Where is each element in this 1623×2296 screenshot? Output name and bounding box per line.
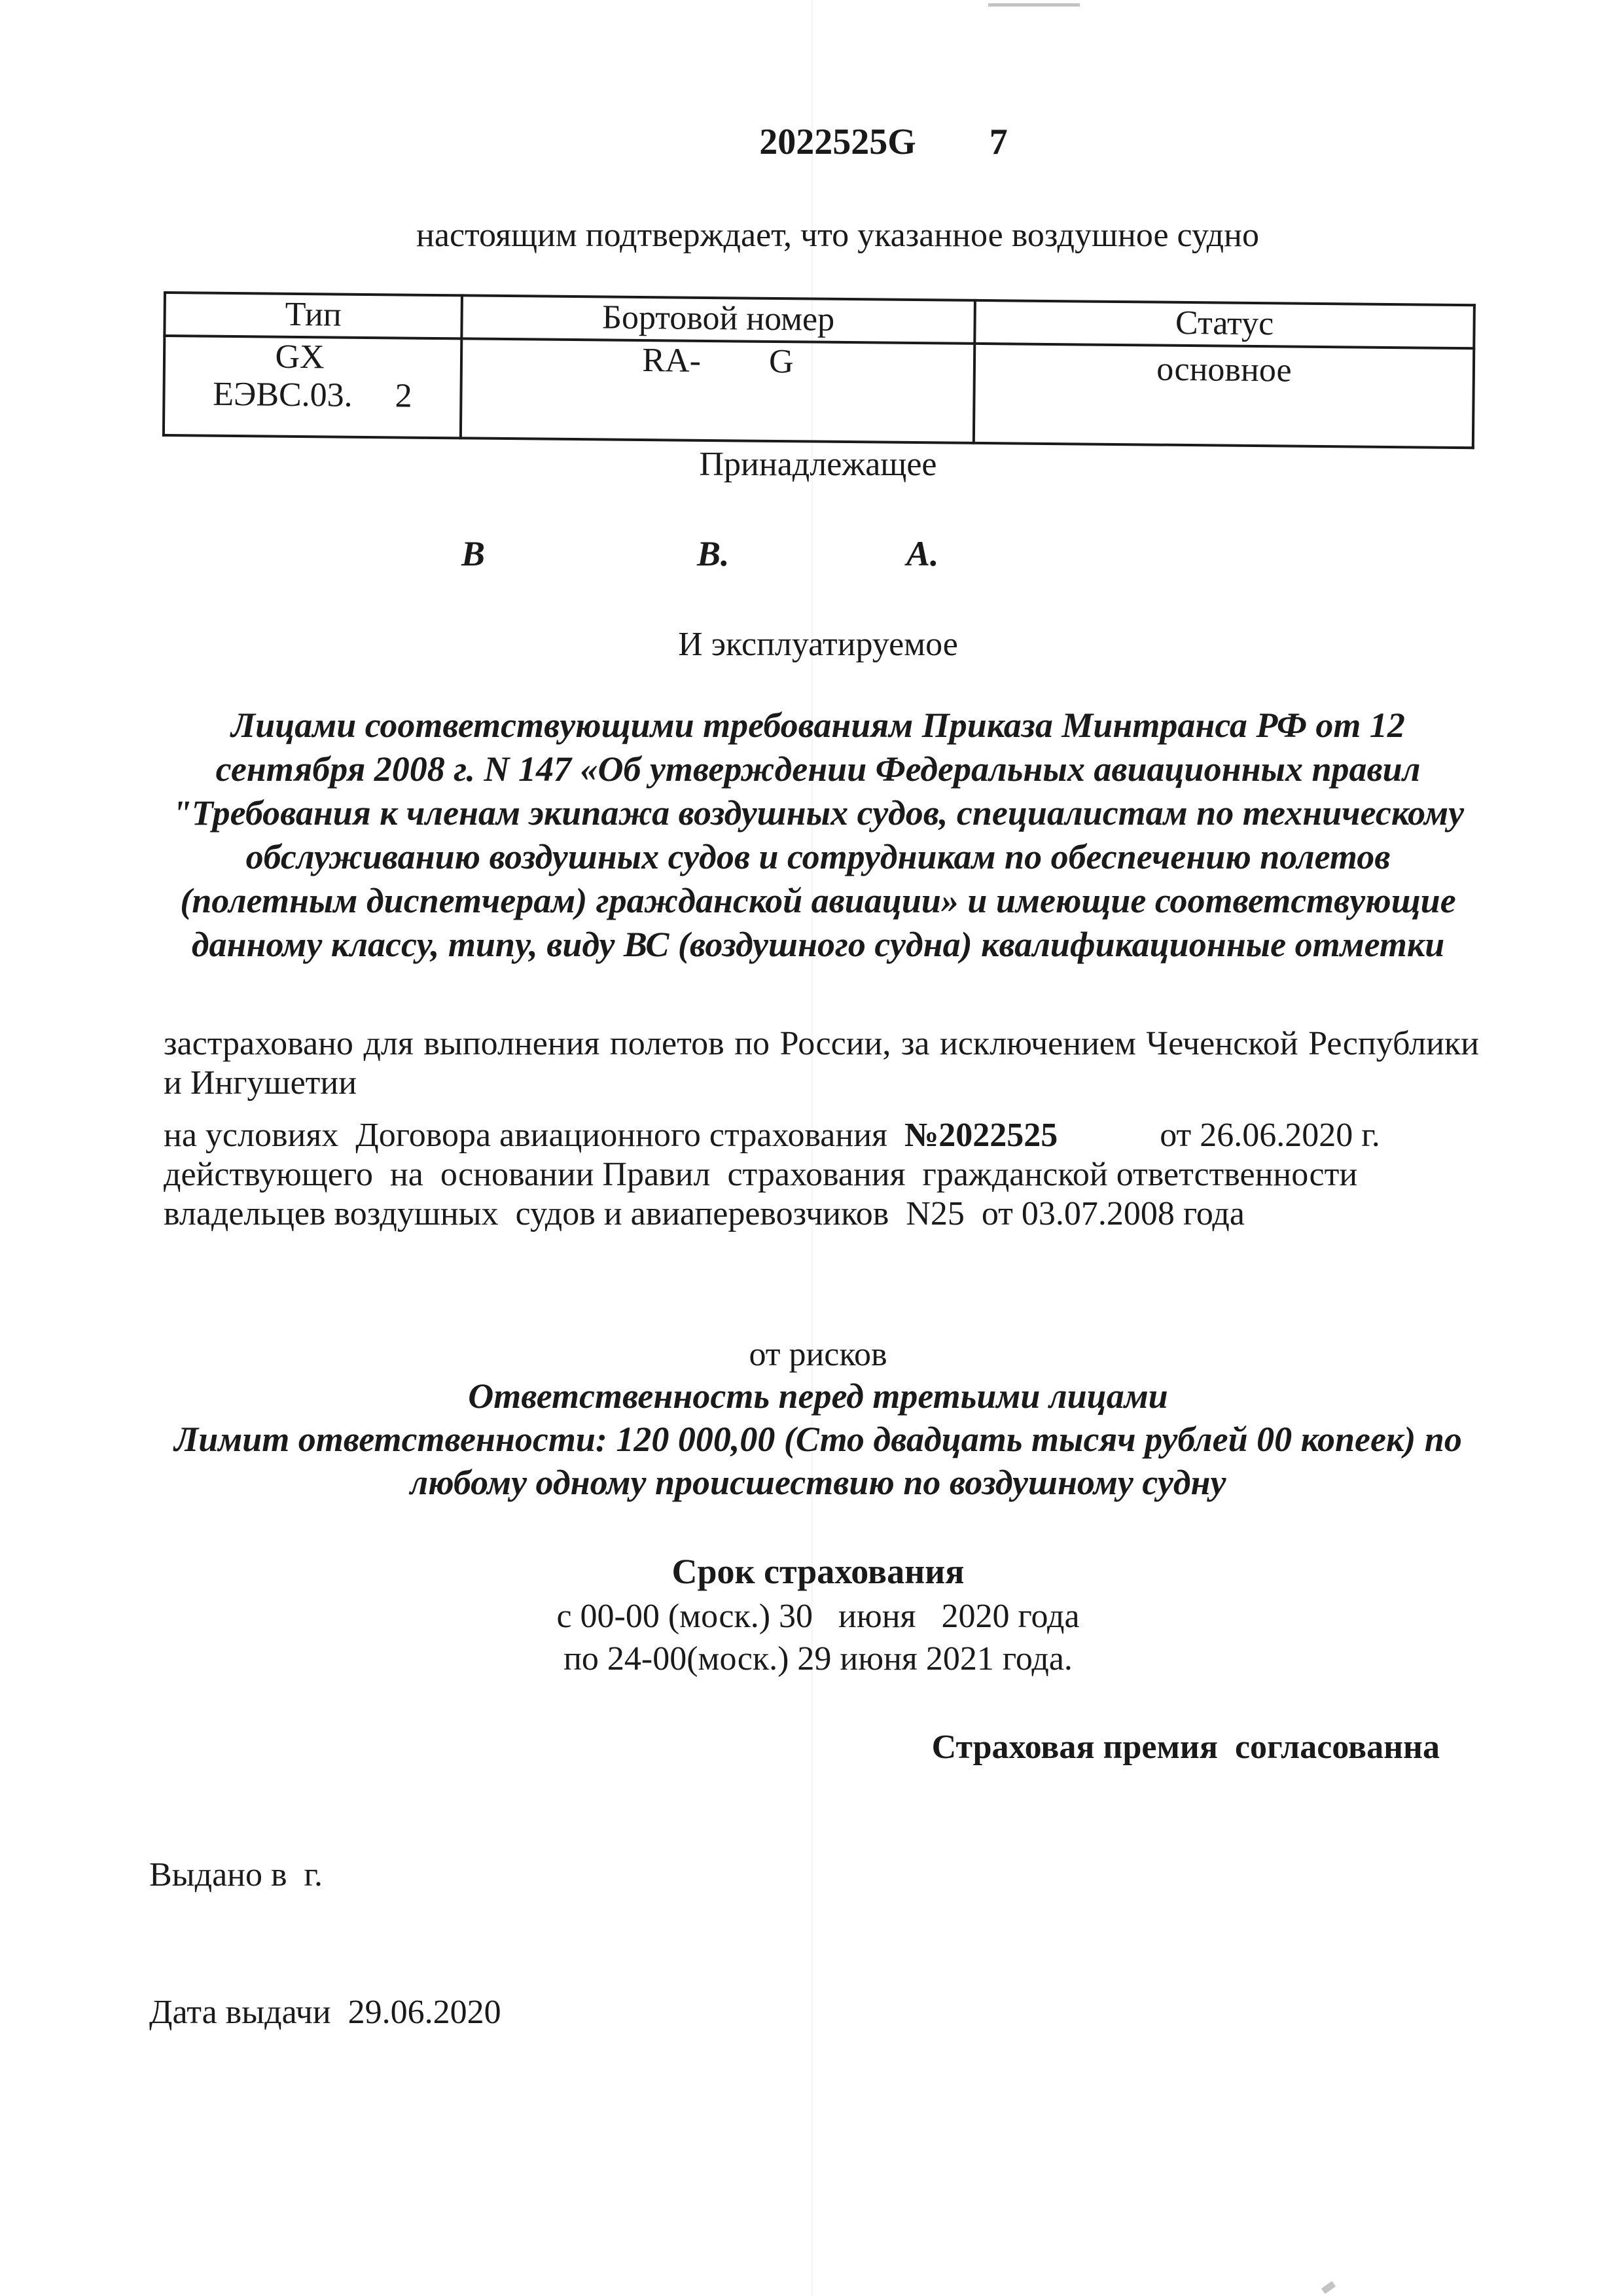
- status-value: основное: [976, 345, 1473, 395]
- contract-terms: на условиях Договора авиационного страхо…: [164, 1116, 1479, 1234]
- cell-type: GX ЕЭВС.03. 2: [164, 336, 461, 438]
- issued-in: Выдано в г.: [149, 1856, 323, 1894]
- premium-note: Страховая премия согласованна: [785, 1728, 1440, 1767]
- operated-label: И эксплуатируемое: [589, 625, 1047, 664]
- header-type: Тип: [164, 293, 462, 338]
- insurance-term-from: с 00-00 (моск.) 30 июня 2020 года: [393, 1597, 1243, 1636]
- owner-name-part: В.: [697, 533, 730, 574]
- risk-title: Ответственность перед третьими лицами: [164, 1374, 1472, 1418]
- risk-limit: Лимит ответственности: 120 000,00 (Сто д…: [164, 1418, 1472, 1504]
- scan-artifact: [1321, 2281, 1336, 2294]
- type-line-1: GX: [166, 337, 461, 378]
- registration-value: RA- G: [463, 340, 974, 382]
- issue-date: Дата выдачи 29.06.2020: [149, 1993, 501, 2032]
- type-line-2: ЕЭВС.03. 2: [165, 375, 460, 416]
- owner-label: Принадлежащее: [589, 445, 1047, 484]
- aircraft-table: Тип Бортовой номер Статус GX ЕЭВС.03. 2 …: [162, 291, 1476, 449]
- operators-requirements: Лицами соответствующими требованиям Прик…: [164, 704, 1472, 967]
- cell-status: основное: [974, 344, 1474, 448]
- confirmation-line: настоящим подтверждает, что указанное во…: [314, 216, 1361, 255]
- scan-artifact: [988, 3, 1080, 7]
- table-row: GX ЕЭВС.03. 2 RA- G основное: [164, 336, 1474, 448]
- header-registration: Бортовой номер: [461, 295, 975, 344]
- contract-number: №2022525: [904, 1117, 1058, 1154]
- risks-label: от рисков: [589, 1335, 1047, 1374]
- cell-registration: RA- G: [461, 338, 974, 443]
- insurance-term-to: по 24-00(моск.) 29 июня 2021 года.: [393, 1640, 1243, 1678]
- certificate-number: 2022525G 7: [654, 121, 1113, 163]
- coverage-territory: застраховано для выполнения полетов по Р…: [164, 1024, 1479, 1103]
- owner-name-part: В: [461, 533, 485, 574]
- risks-block: Ответственность перед третьими лицами Ли…: [164, 1374, 1472, 1504]
- insurance-term-title: Срок страхования: [524, 1551, 1113, 1592]
- contract-prefix: на условиях Договора авиационного страхо…: [164, 1117, 904, 1154]
- owner-name-part: А.: [906, 533, 939, 574]
- header-status: Статус: [974, 300, 1474, 348]
